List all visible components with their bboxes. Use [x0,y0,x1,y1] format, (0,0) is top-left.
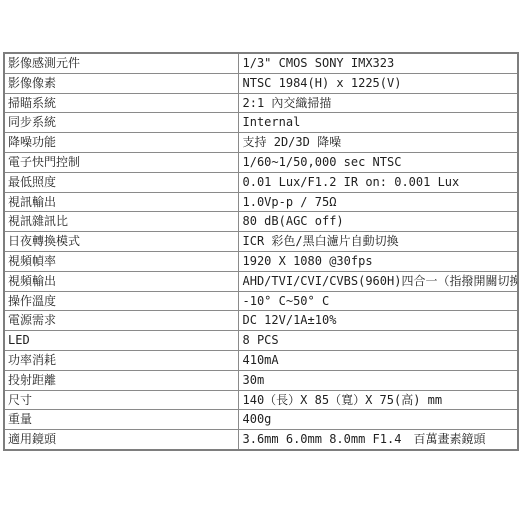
spec-label: 日夜轉換模式 [4,232,238,252]
spec-label: 電子快門控制 [4,152,238,172]
table-row: 降噪功能支持 2D/3D 降噪 [4,133,518,153]
table-row: 視頻幀率1920 X 1080 @30fps [4,251,518,271]
spec-value: 8 PCS [238,331,518,351]
spec-value: 400g [238,410,518,430]
spec-value: 140（長）X 85（寬）X 75(高) mm [238,390,518,410]
spec-value: -10° C~50° C [238,291,518,311]
table-row: 尺寸140（長）X 85（寬）X 75(高) mm [4,390,518,410]
table-row: 適用鏡頭3.6mm 6.0mm 8.0mm F1.4 百萬畫素鏡頭 [4,430,518,450]
spec-value: 30m [238,370,518,390]
spec-label: 降噪功能 [4,133,238,153]
spec-table: 影像感測元件1/3" CMOS SONY IMX323影像像素NTSC 1984… [3,52,519,451]
spec-label: 視訊輸出 [4,192,238,212]
table-row: 影像像素NTSC 1984(H) x 1225(V) [4,73,518,93]
spec-label: 重量 [4,410,238,430]
spec-label: 影像像素 [4,73,238,93]
spec-value: 410mA [238,350,518,370]
spec-label: 影像感測元件 [4,53,238,73]
table-row: 操作溫度-10° C~50° C [4,291,518,311]
spec-label: 最低照度 [4,172,238,192]
spec-value: 80 dB(AGC off) [238,212,518,232]
spec-label: 電源需求 [4,311,238,331]
table-row: 視訊輸出1.0Vp-p / 75Ω [4,192,518,212]
spec-sheet-page: 影像感測元件1/3" CMOS SONY IMX323影像像素NTSC 1984… [0,0,525,525]
table-row: 視頻輸出AHD/TVI/CVI/CVBS(960H)四合一（指撥開關切換） [4,271,518,291]
spec-label: 掃瞄系統 [4,93,238,113]
spec-value: DC 12V/1A±10% [238,311,518,331]
table-row: 日夜轉換模式ICR 彩色/黑白濾片自動切換 [4,232,518,252]
spec-label: 操作溫度 [4,291,238,311]
spec-value: 1/3" CMOS SONY IMX323 [238,53,518,73]
table-row: 視訊雜訊比80 dB(AGC off) [4,212,518,232]
table-row: 同步系統Internal [4,113,518,133]
spec-value: NTSC 1984(H) x 1225(V) [238,73,518,93]
spec-value: 1/60~1/50,000 sec NTSC [238,152,518,172]
spec-label: 視訊雜訊比 [4,212,238,232]
spec-label: 同步系統 [4,113,238,133]
spec-label: 尺寸 [4,390,238,410]
spec-value: 支持 2D/3D 降噪 [238,133,518,153]
spec-value: AHD/TVI/CVI/CVBS(960H)四合一（指撥開關切換） [238,271,518,291]
spec-value: ICR 彩色/黑白濾片自動切換 [238,232,518,252]
spec-label: 功率消耗 [4,350,238,370]
spec-table-body: 影像感測元件1/3" CMOS SONY IMX323影像像素NTSC 1984… [4,53,518,450]
table-row: 投射距離30m [4,370,518,390]
spec-label: 適用鏡頭 [4,430,238,450]
spec-value: 3.6mm 6.0mm 8.0mm F1.4 百萬畫素鏡頭 [238,430,518,450]
spec-value: 2:1 內交織掃描 [238,93,518,113]
spec-label: 視頻幀率 [4,251,238,271]
table-row: 功率消耗410mA [4,350,518,370]
spec-value: 1.0Vp-p / 75Ω [238,192,518,212]
table-row: 最低照度0.01 Lux/F1.2 IR on: 0.001 Lux [4,172,518,192]
spec-value: Internal [238,113,518,133]
spec-value: 0.01 Lux/F1.2 IR on: 0.001 Lux [238,172,518,192]
table-row: LED8 PCS [4,331,518,351]
spec-value: 1920 X 1080 @30fps [238,251,518,271]
table-row: 掃瞄系統2:1 內交織掃描 [4,93,518,113]
table-row: 重量400g [4,410,518,430]
table-row: 影像感測元件1/3" CMOS SONY IMX323 [4,53,518,73]
spec-label: LED [4,331,238,351]
spec-label: 投射距離 [4,370,238,390]
table-row: 電子快門控制1/60~1/50,000 sec NTSC [4,152,518,172]
table-row: 電源需求DC 12V/1A±10% [4,311,518,331]
spec-label: 視頻輸出 [4,271,238,291]
